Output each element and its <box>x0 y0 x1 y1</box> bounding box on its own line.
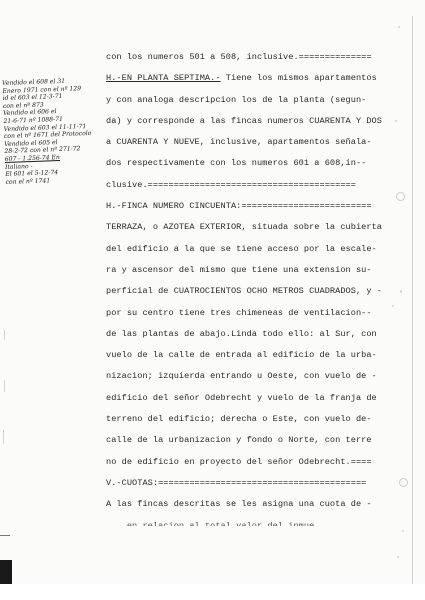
text-line: ra y ascensor del mismo que tiene una ex… <box>106 260 386 281</box>
scan-speck <box>402 530 404 532</box>
scan-edge-mark <box>0 560 12 584</box>
heading-continuation: Tiene los mismos apartamentos <box>221 73 377 83</box>
text-line: vuelo de la calle de entrada al edificio… <box>106 345 386 366</box>
text-line-cut-off: ... en relacion al total valor del inmue <box>106 516 386 526</box>
text-line: por su centro tiene tres chimeneas de ve… <box>106 303 386 324</box>
typewritten-body: con los numeros 501 a 508, inclusive.===… <box>106 47 386 526</box>
text-line: a CUARENTA Y NUEVE, inclusive, apartamen… <box>106 132 386 153</box>
scan-speck <box>397 556 399 558</box>
scan-speck <box>400 290 402 293</box>
section-heading-finca-cincuenta: H.-FINCA NUMERO CINCUENTA:==============… <box>106 196 386 217</box>
handwritten-margin-notes: Vendido el 608 el 31 Enero 1971 con el n… <box>2 77 92 186</box>
scan-speck <box>4 380 5 392</box>
text-line: da) y corresponde a las fincas numeros C… <box>106 111 386 132</box>
text-line: del edificio a la que se tiene acceso po… <box>106 239 386 260</box>
punch-hole-mark <box>396 192 405 201</box>
text-line: de las plantas de abajo.Linda todo ello:… <box>106 324 386 345</box>
scan-speck <box>4 330 5 340</box>
scan-speck <box>392 305 394 307</box>
text-line: no de edificio en proyecto del señor Ode… <box>106 452 386 473</box>
scan-bottom-margin <box>0 584 425 600</box>
section-heading-septima: H.-EN PLANTA SEPTIMA.- Tiene los mismos … <box>106 68 386 89</box>
text-line: nizacion; izquierda entrando u Oeste, co… <box>106 366 386 387</box>
text-line: terreno del edificio; derecha o Este, co… <box>106 409 386 430</box>
text-line: y con analoga descripcion los de la plan… <box>106 90 386 111</box>
punch-hole-mark <box>399 478 408 487</box>
text-line: TERRAZA, o AZOTEA EXTERIOR, situada sobr… <box>106 217 386 238</box>
scan-speck <box>398 26 400 28</box>
text-line: con los numeros 501 a 508, inclusive.===… <box>106 47 386 68</box>
heading-label: H.-EN PLANTA SEPTIMA.- <box>106 73 221 83</box>
page-fold-line <box>412 16 413 584</box>
text-line: A las fincas descritas se les asigna una… <box>106 494 386 515</box>
document-page: Vendido el 608 el 31 Enero 1971 con el n… <box>0 0 425 584</box>
section-heading-cuotas: V.-CUOTAS:==============================… <box>106 473 386 494</box>
scan-speck <box>3 430 4 444</box>
text-line: perficial de CUATROCIENTOS OCHO METROS C… <box>106 281 386 302</box>
scan-edge-line <box>0 535 10 536</box>
text-line: edificio del señor Odebrecht y vuelo de … <box>106 388 386 409</box>
text-line: calle de la urbanizacion y fondo o Norte… <box>106 430 386 451</box>
text-line: clusive.================================… <box>106 175 386 196</box>
text-line: dos respectivamente con los numeros 601 … <box>106 153 386 174</box>
scan-speck <box>395 120 397 122</box>
